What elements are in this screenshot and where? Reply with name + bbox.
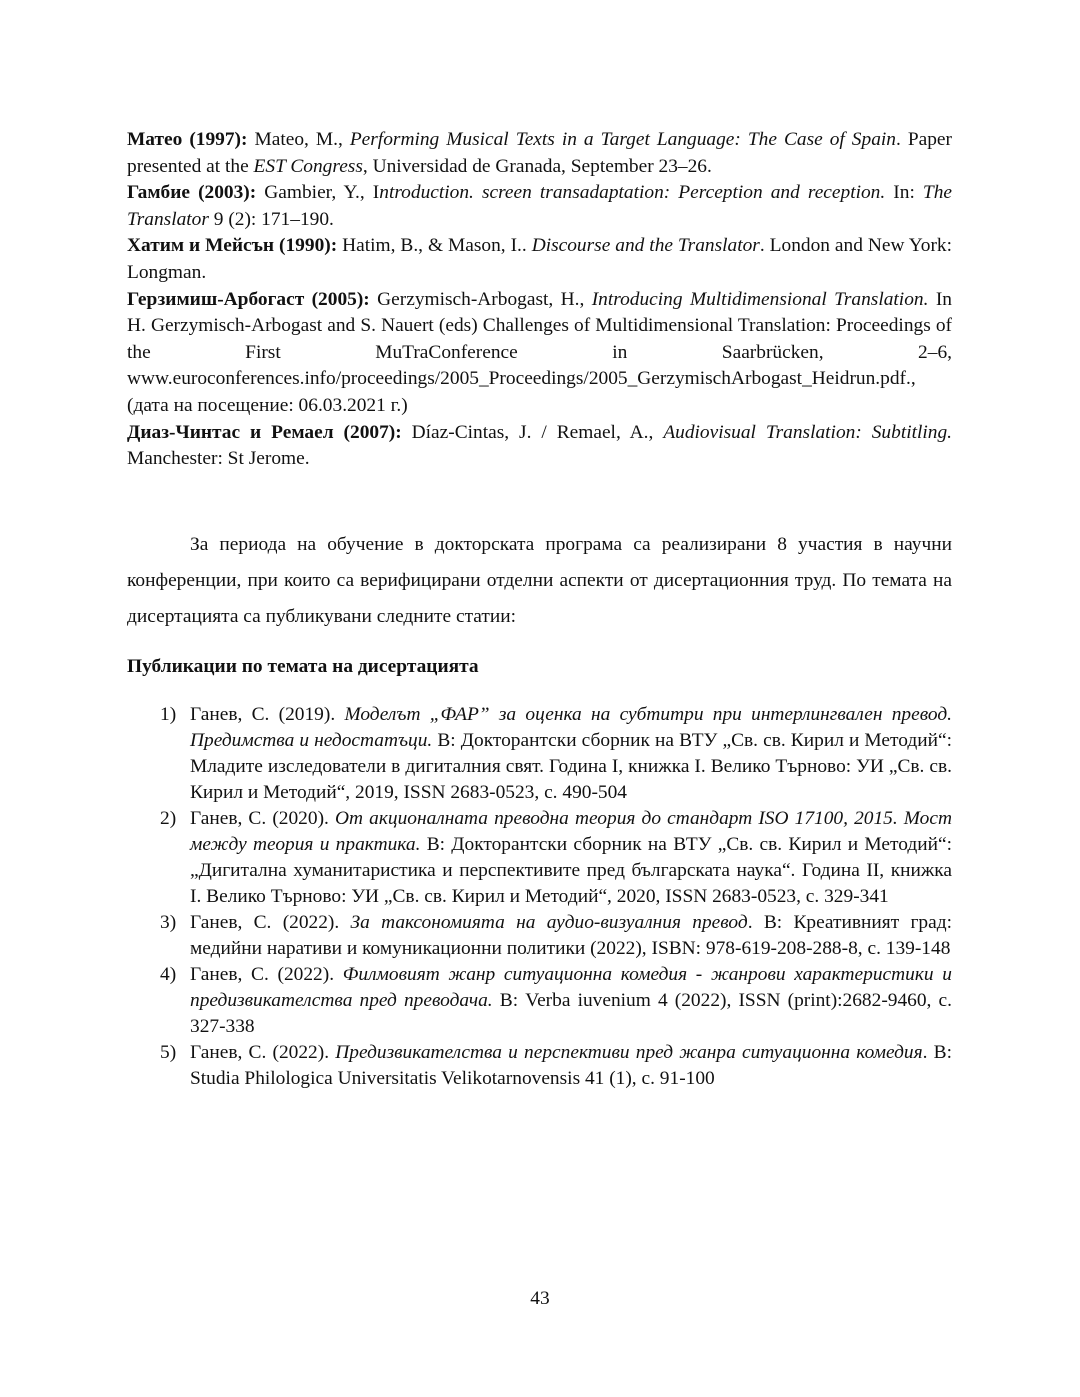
list-number: 1) — [160, 702, 176, 728]
reference-list: Матео (1997): Mateo, M., Performing Musi… — [127, 127, 952, 473]
page-number: 43 — [0, 1288, 1080, 1310]
reference-key: Диаз-Чинтас и Ремаел (2007): — [127, 422, 402, 443]
reference-key: Гамбие (2003): — [127, 182, 256, 203]
reference-title: Performing Musical Texts in a Target Lan… — [350, 129, 896, 150]
publication-item: 3)Ганев, С. (2022). За таксономията на а… — [127, 910, 952, 962]
document-page: Матео (1997): Mateo, M., Performing Musi… — [127, 127, 952, 1092]
publication-title: Предизвикателства и перспективи пред жан… — [335, 1042, 922, 1063]
reference-title: Discourse and the Translator — [532, 235, 760, 256]
publication-item: 4)Ганев, С. (2022). Филмовият жанр ситуа… — [127, 962, 952, 1040]
reference-key: Хатим и Мейсън (1990): — [127, 235, 337, 256]
reference-title: Introducing Multidimensional Translation… — [592, 289, 929, 310]
reference-item: Хатим и Мейсън (1990): Hatim, B., & Maso… — [127, 233, 952, 286]
reference-item: Гамбие (2003): Gambier, Y., Introduction… — [127, 180, 952, 233]
list-number: 5) — [160, 1040, 176, 1066]
publication-title: За таксономията на аудио-визуалния прево… — [351, 912, 748, 933]
body-paragraph: За периода на обучение в докторската про… — [127, 527, 952, 635]
list-number: 2) — [160, 806, 176, 832]
section-heading: Публикации по темата на дисертацията — [127, 654, 952, 680]
list-number: 4) — [160, 962, 176, 988]
publication-item: 2)Ганев, С. (2020). От акционалната прев… — [127, 806, 952, 910]
publication-item: 1)Ганев, С. (2019). Моделът „ФАР” за оце… — [127, 702, 952, 806]
reference-item: Матео (1997): Mateo, M., Performing Musi… — [127, 127, 952, 180]
reference-key: Герзимиш-Арбогаст (2005): — [127, 289, 370, 310]
list-number: 3) — [160, 910, 176, 936]
reference-item: Герзимиш-Арбогаст (2005): Gerzymisch-Arb… — [127, 287, 952, 420]
publication-item: 5)Ганев, С. (2022). Предизвикателства и … — [127, 1040, 952, 1092]
reference-title: ntroduction. screen transadaptation: Per… — [379, 182, 885, 203]
reference-title: Audiovisual Translation: Subtitling. — [663, 422, 952, 443]
publication-list: 1)Ганев, С. (2019). Моделът „ФАР” за оце… — [127, 702, 952, 1092]
reference-item: Диаз-Чинтас и Ремаел (2007): Díaz-Cintas… — [127, 420, 952, 473]
reference-key: Матео (1997): — [127, 129, 247, 150]
